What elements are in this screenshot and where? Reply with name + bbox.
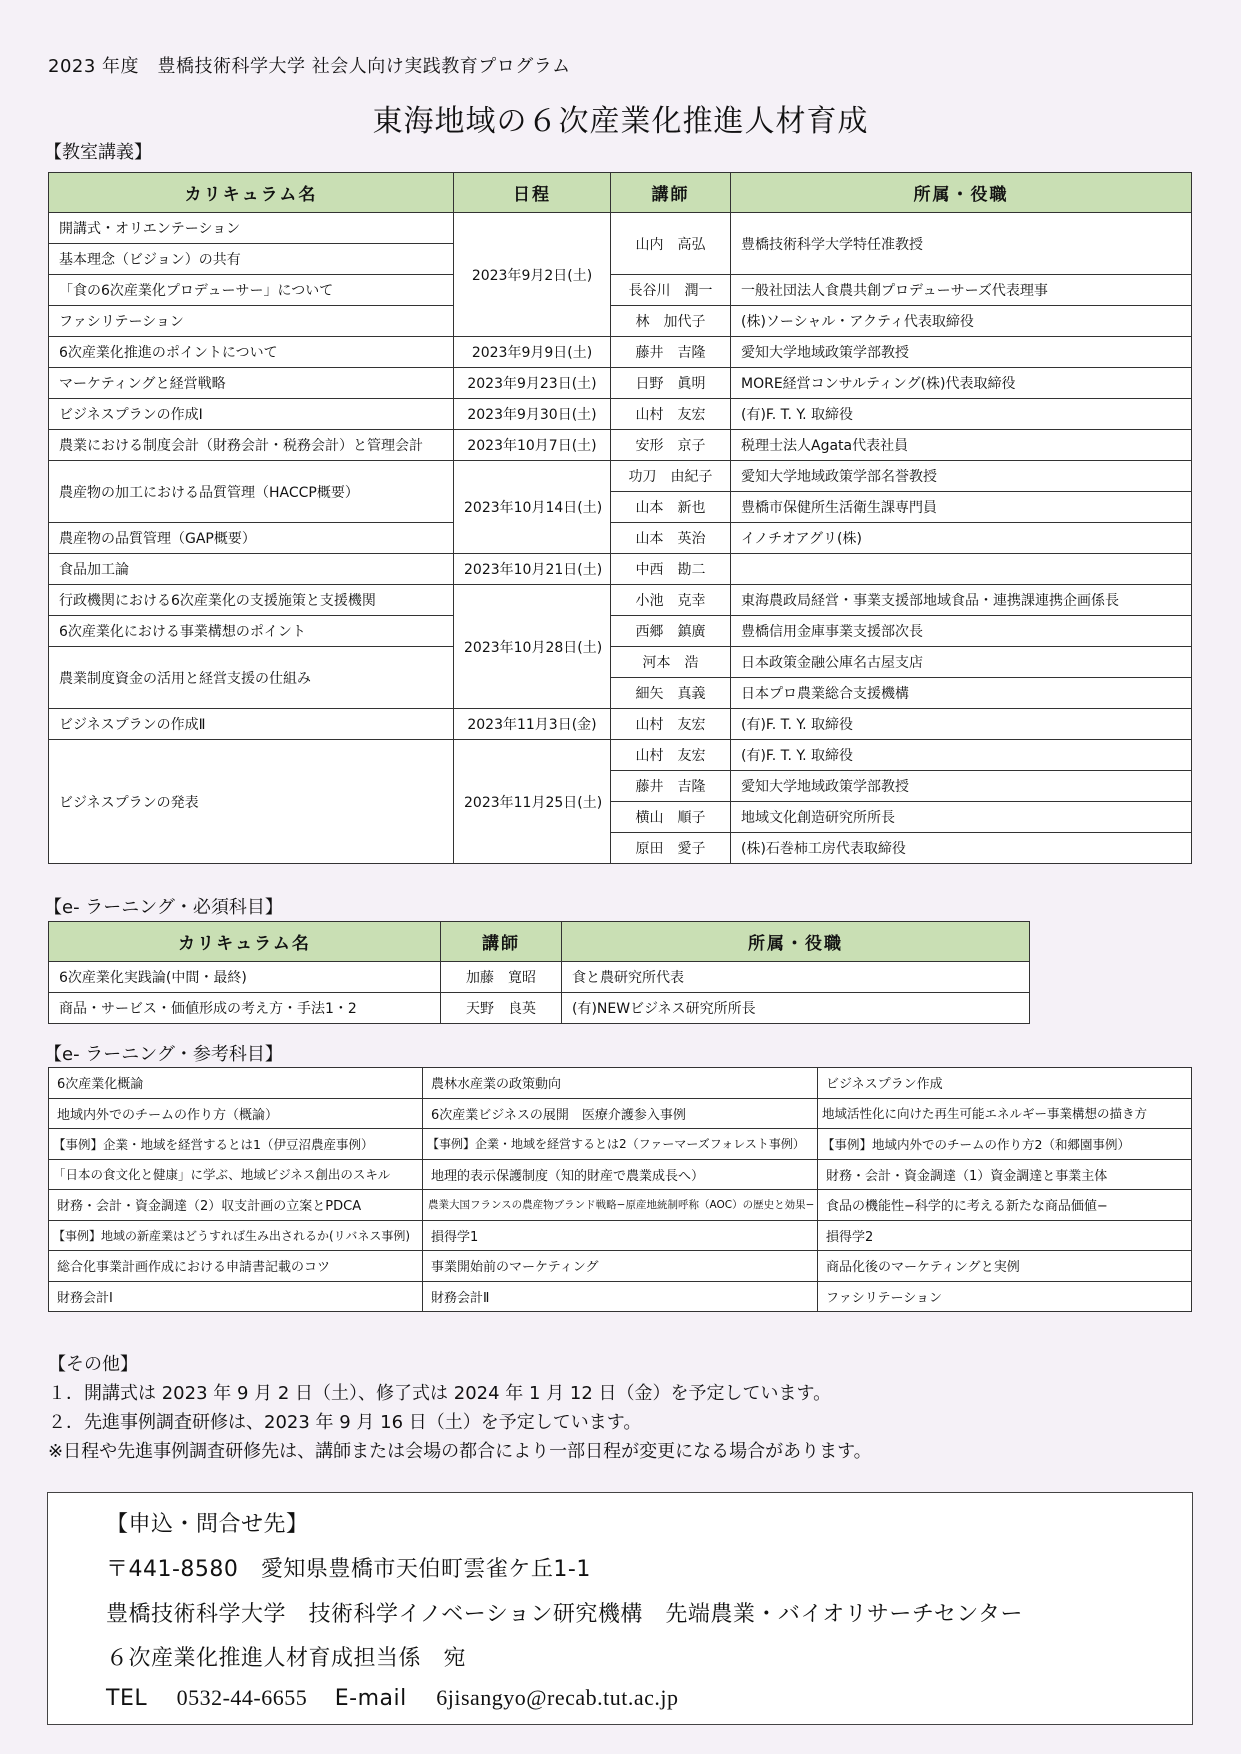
instructor-affiliation: 東海農政局経営・事業支援部地域食品・連携課連携企画係長 [731,585,1192,616]
email-label: E-mail [335,1686,407,1711]
table-row: マーケティングと経営戦略 2023年9月23日(土) 日野 眞明 MORE経営コ… [49,368,1192,399]
reference-course: 地理的表示保護制度（知的財産で農業成長へ） [423,1159,818,1190]
instructor-affiliation: 愛知大学地域政策学部名誉教授 [731,461,1192,492]
table-row: 行政機関における6次産業化の支援施策と支援機関 2023年10月28日(土) 小… [49,585,1192,616]
curriculum-name: ビジネスプランの発表 [49,740,454,864]
program-subtitle: 2023 年度 豊橋技術科学大学 社会人向け実践教育プログラム [48,52,571,78]
instructor-affiliation [731,554,1192,585]
curriculum-name: ビジネスプランの作成Ⅰ [49,399,454,430]
instructor-name: 西郷 鎮廣 [611,616,731,647]
table-row: 食品加工論 2023年10月21日(土) 中西 勘二 [49,554,1192,585]
instructor-affiliation: 日本政策金融公庫名古屋支店 [731,647,1192,678]
schedule-date: 2023年9月30日(土) [454,399,611,430]
table-row: 財務会計Ⅰ 財務会計Ⅱ ファシリテーション [49,1281,1192,1312]
instructor-name: 山村 友宏 [611,399,731,430]
table-row: 「食の6次産業化プロデューサー」について 長谷川 潤一 一般社団法人食農共創プロ… [49,275,1192,306]
contact-box: 【申込・問合せ先】 〒441-8580 愛知県豊橋市天伯町雲雀ケ丘1-1 豊橋技… [47,1492,1193,1725]
section-label-other: 【その他】 [48,1350,872,1379]
reference-course: 「日本の食文化と健康」に学ぶ、地域ビジネス創出のスキル [49,1159,423,1190]
instructor-name: 安形 京子 [611,430,731,461]
curriculum-name: 6次産業化実践論(中間・最終) [49,962,441,993]
instructor-affiliation: 愛知大学地域政策学部教授 [731,337,1192,368]
instructor-name: 日野 眞明 [611,368,731,399]
reference-course: ファシリテーション [818,1281,1192,1312]
curriculum-name: 食品加工論 [49,554,454,585]
instructor-name: 加藤 寛昭 [441,962,562,993]
instructor-affiliation: (有)F. T. Y. 取締役 [731,740,1192,771]
contact-address: 〒441-8580 愛知県豊橋市天伯町雲雀ケ丘1-1 [106,1552,591,1583]
table-header-row: カリキュラム名 日程 講師 所属・役職 [49,173,1192,213]
reference-course: 損得学2 [818,1220,1192,1251]
table-row: ビジネスプランの発表 2023年11月25日(土) 山村 友宏 (有)F. T.… [49,740,1192,771]
column-header: 所属・役職 [562,922,1030,962]
instructor-name: 山本 英治 [611,523,731,554]
curriculum-name: 開講式・オリエンテーション [49,213,454,244]
table-row: 6次産業化における事業構想のポイント 西郷 鎮廣 豊橋信用金庫事業支援部次長 [49,616,1192,647]
instructor-name: 小池 克幸 [611,585,731,616]
table-row: 商品・サービス・価値形成の考え方・手法1・2 天野 良英 (有)NEWビジネス研… [49,993,1030,1024]
instructor-affiliation: 豊橋市保健所生活衛生課専門員 [731,492,1192,523]
contact-department: ６次産業化推進人材育成担当係 宛 [106,1641,466,1672]
section-label-classroom: 【教室講義】 [44,138,152,164]
instructor-name: 河本 浩 [611,647,731,678]
reference-course: 【事例】地域内外でのチームの作り方2（和郷園事例） [818,1129,1192,1160]
curriculum-name: 商品・サービス・価値形成の考え方・手法1・2 [49,993,441,1024]
column-header: 所属・役職 [731,173,1192,213]
table-row: 農業における制度会計（財務会計・税務会計）と管理会計 2023年10月7日(土)… [49,430,1192,461]
reference-course: 事業開始前のマーケティング [423,1251,818,1282]
note-item: ※日程や先進事例調査研修先は、講師または会場の都合により一部日程が変更になる場合… [48,1437,872,1466]
reference-course: 食品の機能性−科学的に考える新たな商品価値− [818,1190,1192,1221]
table-row: 「日本の食文化と健康」に学ぶ、地域ビジネス創出のスキル 地理的表示保護制度（知的… [49,1159,1192,1190]
table-row: 【事例】地域の新産業はどうすれば生み出されるか(リバネス事例) 損得学1 損得学… [49,1220,1192,1251]
curriculum-name: 農業における制度会計（財務会計・税務会計）と管理会計 [49,430,454,461]
instructor-affiliation: 豊橋技術科学大学特任准教授 [731,213,1192,275]
instructor-affiliation: 一般社団法人食農共創プロデューサーズ代表理事 [731,275,1192,306]
instructor-affiliation: 食と農研究所代表 [562,962,1030,993]
instructor-affiliation: イノチオアグリ(株) [731,523,1192,554]
instructor-name: 長谷川 潤一 [611,275,731,306]
reference-course: 財務・会計・資金調達（2）収支計画の立案とPDCA [49,1190,423,1221]
instructor-name: 横山 順子 [611,802,731,833]
other-notes: 【その他】 １．開講式は 2023 年 9 月 2 日（土）、修了式は 2024… [48,1350,872,1466]
curriculum-name: 6次産業化における事業構想のポイント [49,616,454,647]
section-label-elearning-required: 【e- ラーニング・必須科目】 [44,893,283,919]
instructor-name: 藤井 吉隆 [611,771,731,802]
curriculum-name: 行政機関における6次産業化の支援施策と支援機関 [49,585,454,616]
reference-course: 総合化事業計画作成における申請書記載のコツ [49,1251,423,1282]
reference-course: 6次産業ビジネスの展開 医療介護参入事例 [423,1098,818,1129]
table-row: 総合化事業計画作成における申請書記載のコツ 事業開始前のマーケティング 商品化後… [49,1251,1192,1282]
curriculum-name: 農産物の加工における品質管理（HACCP概要） [49,461,454,523]
instructor-affiliation: 税理士法人Agata代表社員 [731,430,1192,461]
instructor-affiliation: (有)F. T. Y. 取締役 [731,709,1192,740]
section-label-elearning-reference: 【e- ラーニング・参考科目】 [44,1040,283,1066]
column-header: カリキュラム名 [49,173,454,213]
table-row: 農産物の品質管理（GAP概要） 山本 英治 イノチオアグリ(株) [49,523,1192,554]
table-row: ファシリテーション 林 加代子 (株)ソーシャル・アクティ代表取締役 [49,306,1192,337]
tel-label: TEL [106,1686,147,1711]
table-row: 財務・会計・資金調達（2）収支計画の立案とPDCA 農業大国フランスの農産物ブラ… [49,1190,1192,1221]
instructor-affiliation: (有)NEWビジネス研究所所長 [562,993,1030,1024]
reference-course: 6次産業化概論 [49,1068,423,1099]
curriculum-name: ビジネスプランの作成Ⅱ [49,709,454,740]
column-header: 講師 [611,173,731,213]
note-item: １．開講式は 2023 年 9 月 2 日（土）、修了式は 2024 年 1 月… [48,1379,872,1408]
reference-course: ビジネスプラン作成 [818,1068,1192,1099]
instructor-name: 中西 勘二 [611,554,731,585]
classroom-table: カリキュラム名 日程 講師 所属・役職 開講式・オリエンテーション 2023年9… [48,172,1192,864]
instructor-affiliation: MORE経営コンサルティング(株)代表取締役 [731,368,1192,399]
reference-course: 商品化後のマーケティングと実例 [818,1251,1192,1282]
reference-course: 農業大国フランスの農産物ブランド戦略−原産地統制呼称（AOC）の歴史と効果− [423,1190,818,1221]
reference-course: 損得学1 [423,1220,818,1251]
instructor-name: 細矢 真義 [611,678,731,709]
schedule-date: 2023年11月3日(金) [454,709,611,740]
reference-course: 地域活性化に向けた再生可能エネルギー事業構想の描き方 [818,1098,1192,1129]
instructor-name: 藤井 吉隆 [611,337,731,368]
schedule-date: 2023年9月2日(土) [454,213,611,337]
curriculum-name: 基本理念（ビジョン）の共有 [49,244,454,275]
schedule-date: 2023年9月9日(土) [454,337,611,368]
instructor-name: 山本 新也 [611,492,731,523]
column-header: 日程 [454,173,611,213]
curriculum-name: 「食の6次産業化プロデューサー」について [49,275,454,306]
schedule-date: 2023年9月23日(土) [454,368,611,399]
schedule-date: 2023年10月7日(土) [454,430,611,461]
elearning-required-table: カリキュラム名 講師 所属・役職 6次産業化実践論(中間・最終) 加藤 寛昭 食… [48,921,1030,1024]
instructor-affiliation: (有)F. T. Y. 取締役 [731,399,1192,430]
curriculum-name: 6次産業化推進のポイントについて [49,337,454,368]
instructor-name: 功刀 由紀子 [611,461,731,492]
contact-organization: 豊橋技術科学大学 技術科学イノベーション研究機構 先端農業・バイオリサーチセンタ… [106,1597,1023,1628]
reference-course: 財務・会計・資金調達（1）資金調達と事業主体 [818,1159,1192,1190]
column-header: 講師 [441,922,562,962]
curriculum-name: ファシリテーション [49,306,454,337]
reference-course: 財務会計Ⅰ [49,1281,423,1312]
instructor-name: 林 加代子 [611,306,731,337]
email-address[interactable]: 6jisangyo@recab.tut.ac.jp [436,1685,678,1710]
table-row: ビジネスプランの作成Ⅰ 2023年9月30日(土) 山村 友宏 (有)F. T.… [49,399,1192,430]
reference-course: 【事例】地域の新産業はどうすれば生み出されるか(リバネス事例) [49,1220,423,1251]
schedule-date: 2023年10月14日(土) [454,461,611,554]
instructor-name: 山村 友宏 [611,740,731,771]
reference-course: 地域内外でのチームの作り方（概論） [49,1098,423,1129]
reference-course: 農林水産業の政策動向 [423,1068,818,1099]
page-title: 東海地域の６次産業化推進人材育成 [0,96,1241,140]
instructor-name: 天野 良英 [441,993,562,1024]
instructor-affiliation: (株)石巻柿工房代表取締役 [731,833,1192,864]
instructor-affiliation: 地域文化創造研究所所長 [731,802,1192,833]
curriculum-name: 農業制度資金の活用と経営支援の仕組み [49,647,454,709]
reference-course: 【事例】企業・地域を経営するとは1（伊豆沼農産事例） [49,1129,423,1160]
curriculum-name: 農産物の品質管理（GAP概要） [49,523,454,554]
column-header: カリキュラム名 [49,922,441,962]
table-row: 農業制度資金の活用と経営支援の仕組み 河本 浩 日本政策金融公庫名古屋支店 [49,647,1192,678]
instructor-affiliation: 愛知大学地域政策学部教授 [731,771,1192,802]
table-row: 開講式・オリエンテーション 2023年9月2日(土) 山内 高弘 豊橋技術科学大… [49,213,1192,244]
schedule-date: 2023年11月25日(土) [454,740,611,864]
table-row: 地域内外でのチームの作り方（概論） 6次産業ビジネスの展開 医療介護参入事例 地… [49,1098,1192,1129]
table-row: 【事例】企業・地域を経営するとは1（伊豆沼農産事例） 【事例】企業・地域を経営す… [49,1129,1192,1160]
instructor-affiliation: 豊橋信用金庫事業支援部次長 [731,616,1192,647]
instructor-affiliation: (株)ソーシャル・アクティ代表取締役 [731,306,1192,337]
contact-heading: 【申込・問合せ先】 [106,1507,309,1538]
contact-phone-email: TEL 0532-44-6655 E-mail 6jisangyo@recab.… [106,1685,679,1711]
elearning-reference-table: 6次産業化概論 農林水産業の政策動向 ビジネスプラン作成 地域内外でのチームの作… [48,1067,1192,1312]
instructor-name: 山内 高弘 [611,213,731,275]
note-item: ２．先進事例調査研修は、2023 年 9 月 16 日（土）を予定しています。 [48,1408,872,1437]
table-row: 農産物の加工における品質管理（HACCP概要） 2023年10月14日(土) 功… [49,461,1192,492]
table-header-row: カリキュラム名 講師 所属・役職 [49,922,1030,962]
reference-course: 【事例】企業・地域を経営するとは2（ファーマーズフォレスト事例） [423,1129,818,1160]
instructor-affiliation: 日本プロ農業総合支援機構 [731,678,1192,709]
table-row: 6次産業化推進のポイントについて 2023年9月9日(土) 藤井 吉隆 愛知大学… [49,337,1192,368]
instructor-name: 山村 友宏 [611,709,731,740]
reference-course: 財務会計Ⅱ [423,1281,818,1312]
table-row: 6次産業化実践論(中間・最終) 加藤 寛昭 食と農研究所代表 [49,962,1030,993]
curriculum-name: マーケティングと経営戦略 [49,368,454,399]
table-row: ビジネスプランの作成Ⅱ 2023年11月3日(金) 山村 友宏 (有)F. T.… [49,709,1192,740]
table-row: 6次産業化概論 農林水産業の政策動向 ビジネスプラン作成 [49,1068,1192,1099]
schedule-date: 2023年10月28日(土) [454,585,611,709]
tel-number: 0532-44-6655 [177,1685,308,1710]
schedule-date: 2023年10月21日(土) [454,554,611,585]
instructor-name: 原田 愛子 [611,833,731,864]
